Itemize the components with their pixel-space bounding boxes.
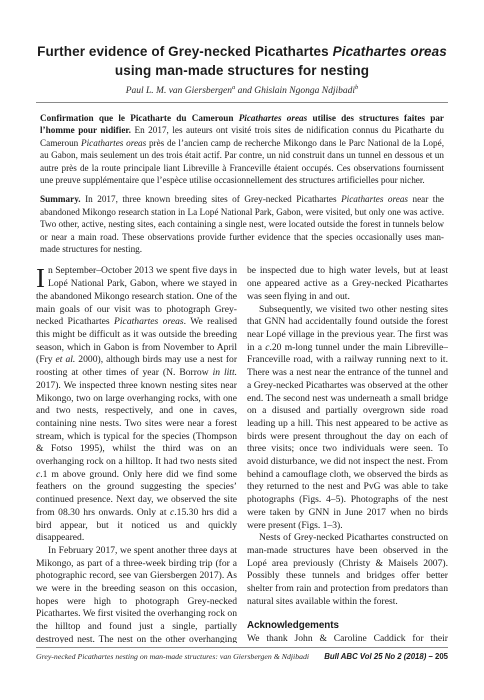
body-columns: In September–October 2013 we spent five … [36,265,448,643]
drop-cap: I [36,265,48,289]
body-paragraph-5: Nests of Grey-necked Picathartes constru… [247,532,448,608]
column-left: In September–October 2013 we spent five … [36,265,237,643]
body-paragraph-4: Subsequently, we visited two other nesti… [247,304,448,533]
acknowledgements-heading: Acknowledgements [247,620,448,633]
running-title: Grey-necked Picathartes nesting on man-m… [36,652,309,661]
abstract-block: Confirmation que le Picatharte du Camero… [40,112,444,255]
page-footer: Grey-necked Picathartes nesting on man-m… [36,647,448,661]
authors-line: Paul L. M. van Giersbergena and Ghislain… [36,86,448,96]
article-title-line1: Further evidence of Grey-necked Picathar… [36,42,448,61]
body-paragraph-1-text: n September–October 2013 we spent five d… [36,265,237,543]
body-paragraph-3: be inspected due to high water levels, b… [247,265,448,303]
body-paragraph-1: In September–October 2013 we spent five … [36,265,237,544]
abstract-french: Confirmation que le Picatharte du Camero… [40,112,444,186]
article-title-line2: using man-made structures for nesting [36,61,448,80]
acknowledgements-text: We thank John & Caroline Caddick for the… [247,633,448,643]
footer-row: Grey-necked Picathartes nesting on man-m… [36,652,448,661]
paper-page: Further evidence of Grey-necked Picathar… [0,0,484,700]
journal-page-number: Bull ABC Vol 25 No 2 (2018) – 205 [324,652,448,661]
abstract-summary: Summary. In 2017, three known breeding s… [40,193,444,255]
header-rule [36,102,448,103]
footer-rule [36,647,448,648]
body-paragraph-2: In February 2017, we spent another three… [36,545,237,644]
article-title: Further evidence of Grey-necked Picathar… [36,42,448,80]
column-right: be inspected due to high water levels, b… [247,265,448,643]
